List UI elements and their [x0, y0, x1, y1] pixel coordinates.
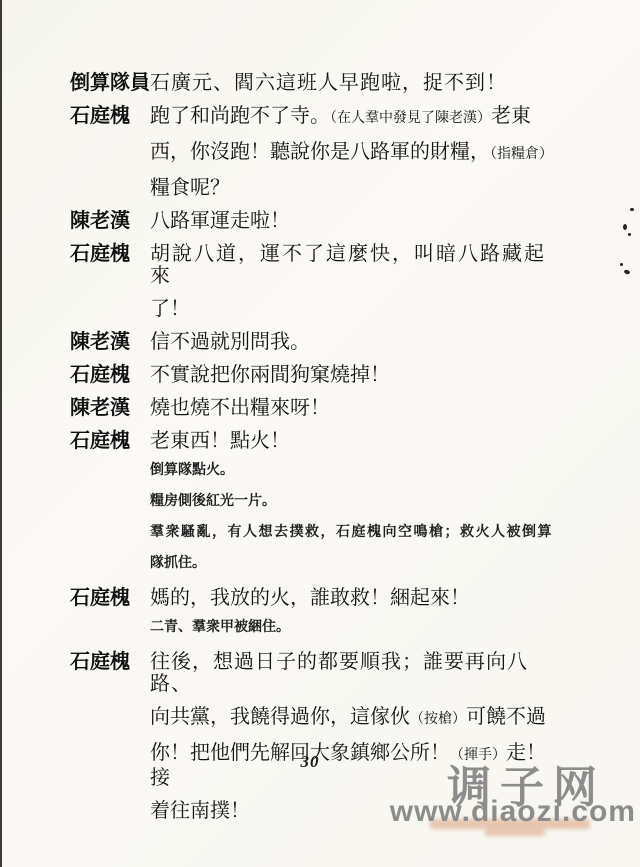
dialogue-text: 老東西！點火！ — [150, 430, 290, 452]
line-text: 胡說八道，運不了這麼快，叫暗八路藏起來 — [150, 243, 562, 287]
stage-direction: 二青、羣衆甲被綑住。 — [70, 620, 562, 636]
speaker-name: 石庭槐 — [70, 364, 150, 386]
line-text: 糧房側後紅光一片。 — [150, 494, 562, 510]
line-text: 羣衆騷亂，有人想去撲救，石庭槐向空鳴槍；救火人被倒算 — [150, 525, 562, 541]
scan-speck — [620, 263, 623, 266]
dialogue-text: 西，你沒跑！聽說你是八路軍的財糧， — [150, 141, 490, 163]
dialogue-text: 了！ — [150, 298, 190, 320]
dialogue-continuation: 西，你沒跑！聽說你是八路軍的財糧，（指糧倉） — [70, 141, 562, 166]
dialogue-text: 燒也燒不出糧來呀！ — [150, 397, 330, 419]
dialogue-text: 着往南撲！ — [150, 800, 250, 822]
dialogue-text: 胡說八道，運不了這麼快，叫暗八路藏起來 — [150, 243, 546, 287]
line-text: 糧食呢？ — [150, 177, 562, 199]
line-text: 往後，想過日子的都要順我；誰要再向八路、 — [150, 651, 562, 695]
dialogue-text: 信不過就別問我。 — [150, 331, 310, 353]
dialogue-text: 向共黨，我饒得過你，這傢伙 — [150, 706, 410, 728]
dialogue-line: 石庭槐跑了和尚跑不了寺。（在人羣中發見了陳老漢）老東 — [70, 105, 562, 130]
dialogue-continuation: 了！ — [70, 298, 562, 320]
dialogue-continuation: 向共黨，我饒得過你，這傢伙（按槍）可饒不過 — [70, 706, 562, 731]
inline-stage-note: 倒算隊點火。 — [150, 463, 234, 478]
stage-direction: 糧房側後紅光一片。 — [70, 494, 562, 510]
scan-ink-smudge — [485, 829, 545, 836]
dialogue-line: 陳老漢燒也燒不出糧來呀！ — [70, 397, 562, 419]
inline-stage-note: 羣衆騷亂，有人想去撲救，石庭槐向空鳴槍；救火人被倒算 — [150, 525, 553, 540]
scan-edge-line — [0, 0, 2, 867]
dialogue-line: 石庭槐老東西！點火！ — [70, 430, 562, 452]
scanned-page: 倒算隊員石廣元、閻六這班人早跑啦，捉不到！石庭槐跑了和尚跑不了寺。（在人羣中發見… — [0, 0, 640, 867]
dialogue-text: 跑了和尚跑不了寺。 — [150, 105, 330, 127]
line-text: 二青、羣衆甲被綑住。 — [150, 620, 562, 636]
dialogue-text: 糧食呢？ — [150, 177, 230, 199]
line-text: 隊抓住。 — [150, 556, 562, 572]
line-text: 倒算隊點火。 — [150, 463, 562, 479]
line-text: 老東西！點火！ — [150, 430, 562, 452]
dialogue-text: 可饒不過 — [466, 706, 546, 728]
line-text: 向共黨，我饒得過你，這傢伙（按槍）可饒不過 — [150, 706, 562, 731]
dialogue-continuation: 糧食呢？ — [70, 177, 562, 199]
dialogue-line: 倒算隊員石廣元、閻六這班人早跑啦，捉不到！ — [70, 72, 562, 94]
speaker-name: 陳老漢 — [70, 397, 150, 419]
inline-stage-note: 二青、羣衆甲被綑住。 — [150, 620, 290, 635]
line-text: 跑了和尚跑不了寺。（在人羣中發見了陳老漢）老東 — [150, 105, 562, 130]
scan-speck — [623, 269, 630, 275]
scan-speck — [628, 233, 631, 236]
dialogue-text: 八路軍運走啦！ — [150, 210, 290, 232]
speaker-name: 石庭槐 — [70, 430, 150, 452]
stage-direction: 倒算隊點火。 — [70, 463, 562, 479]
speaker-name: 陳老漢 — [70, 210, 150, 232]
line-text: 媽的，我放的火，誰敢救！綑起來！ — [150, 587, 562, 609]
dialogue-line: 石庭槐胡說八道，運不了這麼快，叫暗八路藏起來 — [70, 243, 562, 287]
dialogue-line: 石庭槐不實說把你兩間狗窠燒掉！ — [70, 364, 562, 386]
stage-direction: 隊抓住。 — [70, 556, 562, 572]
dialogue-text: 石廣元、閻六這班人早跑啦，捉不到！ — [150, 72, 507, 94]
script-text-block: 倒算隊員石廣元、閻六這班人早跑啦，捉不到！石庭槐跑了和尚跑不了寺。（在人羣中發見… — [70, 72, 562, 833]
line-text: 了！ — [150, 298, 562, 320]
watermark: 调子网 www.diaozi.com — [320, 767, 640, 867]
inline-stage-note: 糧房側後紅光一片。 — [150, 494, 276, 509]
speaker-name: 陳老漢 — [70, 331, 150, 353]
dialogue-line: 陳老漢八路軍運走啦！ — [70, 210, 562, 232]
dialogue-text: 往後，想過日子的都要順我；誰要再向八路、 — [150, 651, 528, 695]
speaker-name: 石庭槐 — [70, 587, 150, 609]
dialogue-text: 媽的，我放的火，誰敢救！綑起來！ — [150, 587, 470, 609]
line-text: 西，你沒跑！聽說你是八路軍的財糧，（指糧倉） — [150, 141, 562, 166]
stage-direction: 羣衆騷亂，有人想去撲救，石庭槐向空鳴槍；救火人被倒算 — [70, 525, 562, 541]
speaker-name: 倒算隊員 — [70, 72, 150, 94]
inline-stage-note: （在人羣中發見了陳老漢） — [330, 111, 491, 126]
speaker-name: 石庭槐 — [70, 651, 150, 673]
speaker-name: 石庭槐 — [70, 105, 150, 127]
line-text: 燒也燒不出糧來呀！ — [150, 397, 562, 419]
dialogue-line: 陳老漢信不過就別問我。 — [70, 331, 562, 353]
watermark-url: www.diaozi.com — [390, 795, 636, 829]
scan-speck — [623, 224, 627, 230]
line-text: 八路軍運走啦！ — [150, 210, 562, 232]
line-text: 不實說把你兩間狗窠燒掉！ — [150, 364, 562, 386]
scan-speck — [630, 208, 634, 211]
dialogue-text: 老東 — [491, 105, 531, 127]
dialogue-line: 石庭槐媽的，我放的火，誰敢救！綑起來！ — [70, 587, 562, 609]
speaker-name: 石庭槐 — [70, 243, 150, 265]
inline-stage-note: （按槍） — [410, 712, 466, 727]
inline-stage-note: 隊抓住。 — [150, 556, 206, 571]
dialogue-text: 不實說把你兩間狗窠燒掉！ — [150, 364, 390, 386]
dialogue-line: 石庭槐往後，想過日子的都要順我；誰要再向八路、 — [70, 651, 562, 695]
inline-stage-note: （指糧倉） — [490, 147, 553, 162]
line-text: 信不過就別問我。 — [150, 331, 562, 353]
line-text: 石廣元、閻六這班人早跑啦，捉不到！ — [150, 72, 562, 94]
